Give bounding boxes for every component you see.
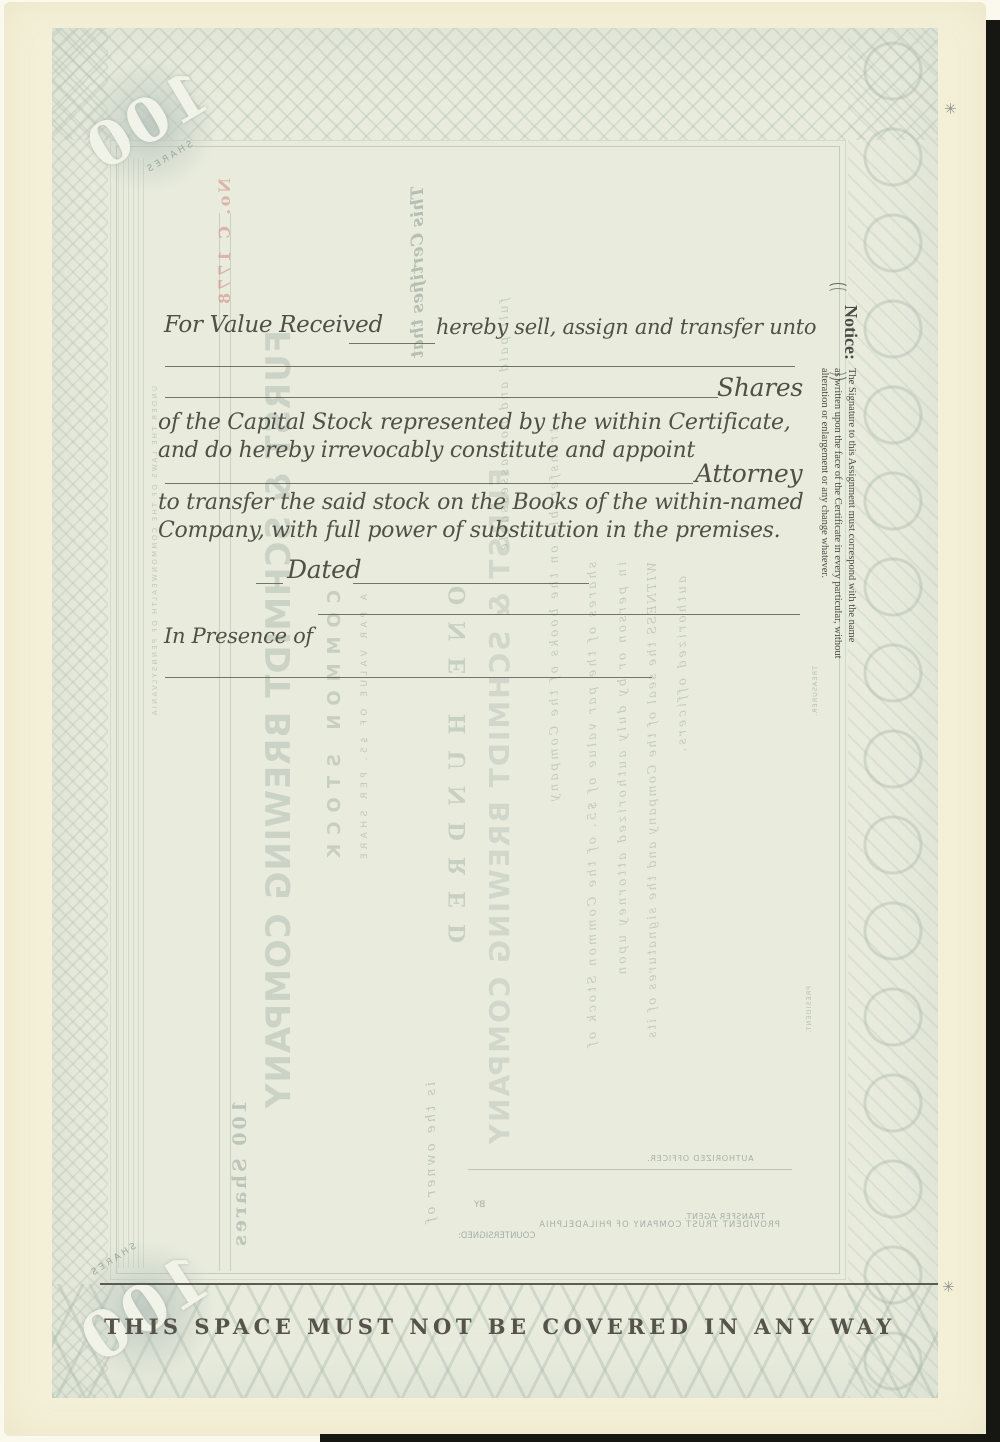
fill-line-shares bbox=[165, 397, 718, 398]
par-value-showthrough: A PAR VALUE OF $5. PER SHARE bbox=[358, 594, 373, 924]
script-fragment: full paid and non-assessable bbox=[496, 298, 513, 658]
owner-phrase-showthrough: is the owner of bbox=[422, 1082, 441, 1262]
shares-value-showthrough: 100 Shares bbox=[226, 1100, 254, 1265]
flourish-icon bbox=[827, 288, 849, 299]
certificate-back-scan: 100 SHARES SHARES 100 No. C 1778 This Ce… bbox=[0, 0, 1000, 1442]
trust-company-showthrough: PROVIDENT TRUST COMPANY OF PHILADELPHIA bbox=[474, 1220, 780, 1230]
footer-rule bbox=[100, 1283, 938, 1285]
attorney-label: Attorney bbox=[695, 459, 802, 488]
assignment-body-line4: Company, with full power of substitution… bbox=[158, 518, 780, 543]
witness-line-lower bbox=[165, 677, 652, 678]
in-presence-of-label: In Presence of bbox=[164, 624, 313, 648]
border-band-right bbox=[848, 28, 938, 1398]
fill-line-transferee bbox=[165, 366, 795, 367]
footer-warning: THIS SPACE MUST NOT BE COVERED IN ANY WA… bbox=[60, 1314, 940, 1339]
countersigned-showthrough: COUNTERSIGNED: bbox=[458, 1231, 535, 1241]
denomination-words-showthrough: ONE HUNDRED bbox=[442, 586, 474, 1026]
for-value-received-label: For Value Received bbox=[164, 312, 383, 338]
edge-asterisk-bottom: ✳ bbox=[942, 1278, 955, 1296]
left-stripe-band bbox=[118, 158, 144, 1268]
notice-word: Notice: bbox=[817, 305, 857, 360]
president-showthrough: PRESIDENT. bbox=[804, 986, 814, 1048]
fill-line-name-short bbox=[349, 343, 435, 344]
common-stock-showthrough: COMMON STOCK bbox=[320, 590, 350, 870]
dated-label: Dated bbox=[287, 555, 361, 584]
flourish-icon bbox=[827, 364, 849, 375]
edge-asterisk-top: ✳ bbox=[944, 100, 957, 118]
border-band-left bbox=[52, 28, 108, 1398]
dated-pre-line bbox=[256, 583, 283, 584]
assignment-body-line1: of the Capital Stock represented by the … bbox=[158, 410, 790, 435]
certifies-showthrough: This Certifies that bbox=[404, 186, 432, 416]
scan-edge-right bbox=[986, 20, 1000, 1442]
fill-line-attorney bbox=[165, 483, 693, 484]
assignment-body-line2: and do hereby irrevocably constitute and… bbox=[158, 438, 695, 463]
by-label-showthrough: BY bbox=[474, 1200, 485, 1210]
witness-line-upper bbox=[318, 614, 800, 615]
serial-number-showthrough: No. C 1778 bbox=[213, 178, 237, 313]
script-fragment: authorized officers. bbox=[674, 576, 691, 786]
assignment-body-line3: to transfer the said stock on the Books … bbox=[158, 490, 803, 515]
signature-notice: Notice: The Signature to this Assignment… bbox=[812, 283, 858, 707]
shares-label: Shares bbox=[717, 373, 803, 402]
script-fragment: WITNESS the seal of the Company and the … bbox=[644, 562, 661, 1197]
countersign-line-showthrough bbox=[468, 1169, 792, 1170]
scan-edge-bottom bbox=[320, 1434, 1000, 1442]
transfer-phrase-label: hereby sell, assign and transfer unto bbox=[436, 315, 816, 339]
script-fragment: in person or by duly authorized attorney… bbox=[614, 562, 631, 1112]
authorized-officer-showthrough: AUTHORIZED OFFICER. bbox=[630, 1154, 770, 1163]
dated-fill-line bbox=[353, 583, 589, 584]
script-fragment: shares of the par value of $5. of the Co… bbox=[584, 562, 601, 1177]
